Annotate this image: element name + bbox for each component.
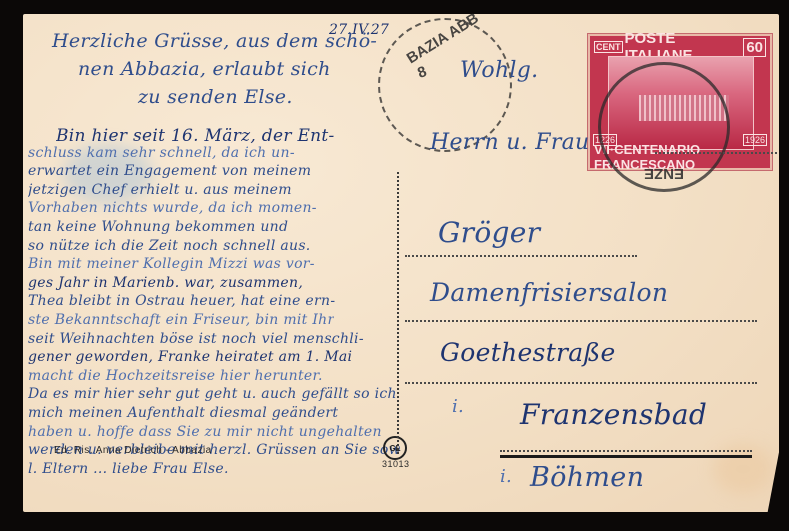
card-number: 31013 xyxy=(382,459,410,469)
address-rule xyxy=(405,255,637,257)
message-line: gener geworden, Franke heiratet am 1. Ma… xyxy=(28,349,352,365)
message-line: macht die Hochzeitsreise hier herunter. xyxy=(28,368,323,384)
message-line: Bin hier seit 16. März, der Ent- xyxy=(56,126,335,146)
stamp-currency: CENT xyxy=(594,41,623,53)
message-line: haben u. hoffe dass Sie zu mir nicht ung… xyxy=(28,424,382,440)
message-line: Bin mit meiner Kollegin Mizzi was vor- xyxy=(28,256,315,272)
address-rule xyxy=(405,320,757,322)
address-line-6: Böhmen xyxy=(530,462,644,493)
address-line-4: Goethestraße xyxy=(440,338,616,367)
address-line-3: Damenfrisiersalon xyxy=(430,278,668,307)
address-line-5: Franzensbad xyxy=(520,398,707,431)
message-line: l. Eltern ... liebe Frau Else. xyxy=(28,461,229,477)
message-line: Da es mir hier sehr gut geht u. auch gef… xyxy=(28,386,397,402)
address-rule xyxy=(500,450,752,452)
address-line-1: Herrn u. Frau xyxy=(430,130,590,155)
message-line: ste Bekanntschaft ein Friseur, bin mit I… xyxy=(28,312,334,328)
message-line: Vorhaben nichts wurde, da ich momen- xyxy=(28,200,317,216)
stamp-value: 60 xyxy=(743,38,766,57)
address-salutation: Wohlg. xyxy=(460,58,538,83)
message-line: Thea bleibt in Ostrau heuer, hat eine er… xyxy=(28,293,335,309)
message-line: schluss kam sehr schnell, da ich un- xyxy=(28,145,295,161)
greeting-line-3: zu senden Else. xyxy=(138,86,293,108)
message-line: jetzigen Chef erhielt u. aus meinem xyxy=(28,182,292,198)
stamp-header: CENT POSTE ITALIANE 60 xyxy=(594,38,766,56)
city-underline xyxy=(500,455,752,458)
address-region-prefix: i. xyxy=(500,466,512,487)
address-rule xyxy=(655,152,777,154)
message-line: seit Weihnachten böse ist noch viel mens… xyxy=(28,331,364,347)
address-line-2: Gröger xyxy=(438,216,540,249)
address-city-prefix: i. xyxy=(452,396,464,417)
greeting-line-1: Herzliche Grüsse, aus dem schö- xyxy=(52,30,377,52)
greeting-line-2: nen Abbazia, erlaubt sich xyxy=(78,58,331,80)
message-line: erwartet ein Engagement von meinem xyxy=(28,163,311,179)
address-rule xyxy=(405,382,757,384)
postmark-firenze-text: ENZE xyxy=(644,165,684,182)
message-line: ges Jahr in Marienb. war, zusammen, xyxy=(28,275,303,291)
vertical-divider xyxy=(397,172,399,454)
message-line: mich meinen Aufenthalt diesmal geändert xyxy=(28,405,338,421)
publisher-imprint: Ed. Ris. Anna Dietrich - Abbazia xyxy=(54,445,212,456)
publisher-logo: GL xyxy=(383,436,407,460)
message-line: tan keine Wohnung bekommen und xyxy=(28,219,288,235)
message-line: so nütze ich die Zeit noch schnell aus. xyxy=(28,238,311,254)
